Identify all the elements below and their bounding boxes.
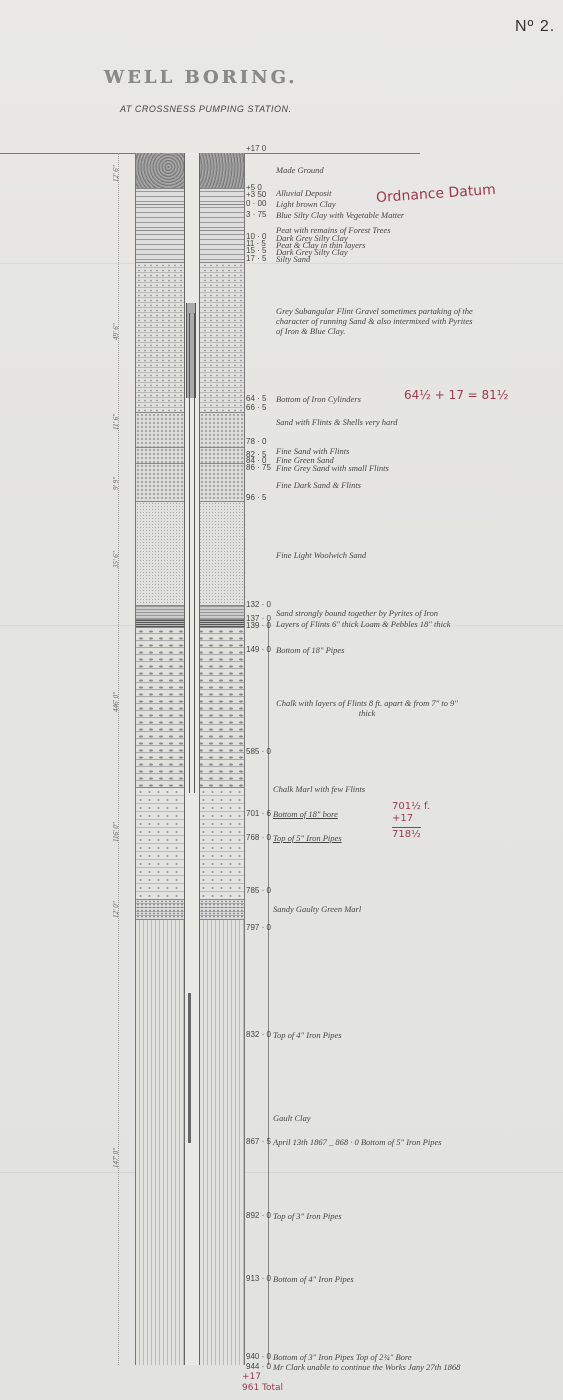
stratum-description: Sandy Gaulty Green Marl [273, 904, 361, 914]
depth-label: 17 · 5 [246, 254, 266, 263]
stratum-description: Bottom of 3" Iron Pipes Top of 2¾" Bore [273, 1352, 412, 1362]
stratum-description: Mr Clark unable to continue the Works Ja… [273, 1362, 460, 1372]
stratum-description: Sand with Flints & Shells very hard [276, 417, 398, 427]
depth-label: 66 · 5 [246, 403, 266, 412]
depth-label: 0 · 00 [246, 199, 266, 208]
depth-label: 768 · 0 [246, 833, 271, 842]
page-subtitle: AT CROSSNESS PUMPING STATION. [120, 104, 292, 114]
depth-label: +3 50 [246, 190, 266, 199]
handwritten-ordnance-datum: Ordnance Datum [376, 182, 497, 206]
depth-label: 3 · 75 [246, 210, 266, 219]
depth-label: 940 · 0 [246, 1352, 271, 1361]
depth-label: 585 · 0 [246, 747, 271, 756]
depth-label: 797 · 0 [246, 923, 271, 932]
annotation-guide-line [268, 620, 269, 1365]
depth-label: 78 · 0 [246, 437, 266, 446]
datum-top-level: +17 0 [246, 144, 266, 153]
thickness-label: 12' 0" [112, 901, 120, 918]
depth-label: 96 · 5 [246, 493, 266, 502]
handwritten-sum-bore-3: 718½ [392, 827, 421, 840]
stratum-description: Chalk with layers of Flints 8 ft. apart … [272, 698, 462, 718]
stratum-description: Light brown Clay [276, 199, 336, 209]
depth-label: 944 · 0 [246, 1362, 271, 1371]
stratum-description: Top of 5" Iron Pipes [273, 833, 342, 843]
stratum-description: Blue Silty Clay with Vegetable Matter [276, 210, 404, 220]
stratum-description: Fine Light Woolwich Sand [276, 550, 366, 560]
stratum-description: Bottom of 18" Pipes [276, 645, 345, 655]
depth-label: 832 · 0 [246, 1030, 271, 1039]
handwritten-sum-cylinders: 64½ + 17 = 81½ [404, 388, 508, 402]
depth-label: 785 · 0 [246, 886, 271, 895]
depth-label: 132 · 0 [246, 600, 271, 609]
depth-label: 892 · 0 [246, 1211, 271, 1220]
stratum-description: Top of 4" Iron Pipes [273, 1030, 342, 1040]
plate-number: Nº 2. [515, 18, 555, 36]
handwritten-total-1: +17 [242, 1372, 261, 1382]
thickness-label: 35' 6" [112, 551, 120, 568]
depth-label: 149 · 0 [246, 645, 271, 654]
stratum-description: Alluvial Deposit [276, 188, 331, 198]
stratum-description: Bottom of 18" bore [273, 809, 338, 819]
stratum-description: Bottom of Iron Cylinders [276, 394, 361, 404]
page-title: WELL BORING. [104, 67, 298, 88]
pipe-18-inch [189, 313, 195, 793]
stratum-description: Top of 3" Iron Pipes [273, 1211, 342, 1221]
stratum-description: April 13th 1867 _ 868 · 0 Bottom of 5" I… [273, 1137, 442, 1147]
stratum-description: Grey Subangular Flint Gravel sometimes p… [276, 306, 476, 336]
stratum-description: Bottom of 4" Iron Pipes [273, 1274, 354, 1284]
depth-label: 913 · 0 [246, 1274, 271, 1283]
stratum-description: Layers of Flints 6" thick Loam & Pebbles… [276, 619, 451, 629]
drawing-sheet: Nº 2. WELL BORING. AT CROSSNESS PUMPING … [0, 0, 563, 1400]
thickness-label: 12' 6" [112, 165, 120, 182]
handwritten-sum-bore-1: 701½ f. [392, 801, 430, 812]
thickness-label: 11' 6" [112, 414, 120, 430]
depth-label: 139 · 0 [246, 621, 271, 630]
thickness-label: 9' 9" [112, 477, 120, 490]
stratum-description: Chalk Marl with few Flints [273, 784, 365, 794]
paper-fold [0, 1172, 563, 1173]
stratum-description: Sand strongly bound together by Pyrites … [276, 608, 438, 618]
stratum-description: Silty Sand [276, 254, 310, 264]
stratum-description: Fine Grey Sand with small Flints [276, 463, 389, 473]
stratum-description: Fine Dark Sand & Flints [276, 480, 361, 490]
boring-column [135, 153, 245, 1365]
handwritten-total-2: 961 Total [242, 1383, 283, 1393]
handwritten-sum-bore-2: +17 [392, 813, 413, 824]
thickness-label: 147' 0" [112, 1148, 120, 1168]
thickness-label: 49' 6" [112, 323, 120, 340]
depth-label: 701 · 6 [246, 809, 271, 818]
thickness-label: 116' 0" [112, 822, 120, 842]
depth-label: 86 · 75 [246, 463, 271, 472]
stratum-description: Gault Clay [273, 1113, 311, 1123]
thickness-label: 446' 0" [112, 692, 120, 712]
pipe-5-inch [188, 993, 191, 1143]
depth-label: 64 · 5 [246, 394, 266, 403]
depth-label: 867 · 5 [246, 1137, 271, 1146]
stratum-description: Made Ground [276, 165, 324, 175]
